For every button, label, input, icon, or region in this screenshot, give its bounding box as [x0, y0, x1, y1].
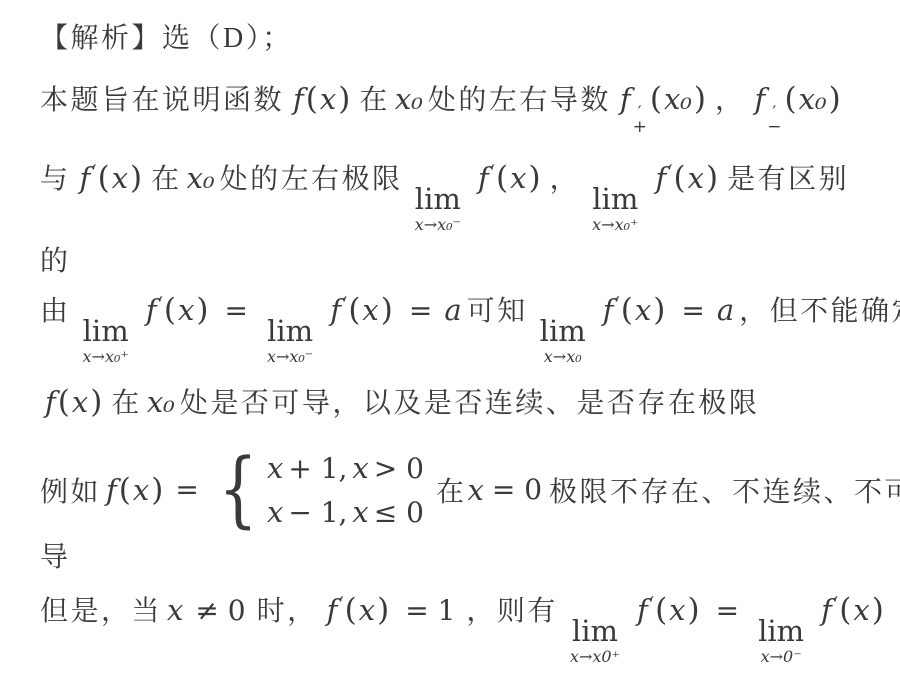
rparen: ) [653, 292, 665, 328]
prime-mark: ′ [650, 593, 654, 615]
line-answer: 【解析】选（D）； [40, 16, 880, 56]
line-7-piecewise: 例如 f(x) = { x+ 1,x> 0 x− 1,x≤ 0 在 x = 0 … [40, 451, 880, 529]
lim-word: lim [267, 317, 313, 346]
lim-word: lim [415, 185, 461, 214]
rparen: ) [688, 592, 700, 628]
math-f-of-x: f(x) [44, 384, 103, 420]
prime-mark: ′ [834, 593, 838, 615]
var-x: x [72, 385, 88, 419]
lim-subscript: x→x₀ [544, 349, 582, 365]
rparen: ) [529, 160, 541, 196]
rparen: ) [829, 81, 841, 117]
lim-word: lim [572, 617, 618, 646]
math-f-prime-x: f′(x) [79, 160, 144, 196]
var-f: f [620, 82, 631, 116]
prime-mark: ′ [491, 161, 495, 183]
var-x: x [853, 593, 869, 627]
equals: = [224, 294, 247, 327]
math-f-prime-plus-x0: f′+(x₀) [619, 81, 707, 135]
math-f-prime-x: f′(x) [326, 592, 391, 628]
cn-text: 例如 [40, 470, 101, 510]
lim-word: lim [758, 617, 804, 646]
var-a: a [717, 293, 734, 327]
lparen: ( [345, 592, 357, 628]
var-x: x [267, 451, 283, 485]
lparen: ( [119, 472, 131, 508]
solution-document: 【解析】选（D）； 本题旨在说明函数 f(x) 在 x₀ 处的左右导数 f′+(… [0, 0, 900, 665]
limit-x-to-x0-minus: limx→x₀⁻ [267, 317, 313, 365]
var-x0: x₀ [395, 82, 423, 116]
cn-text: 但是，当 [40, 596, 162, 627]
prime-minus-stack: ′− [767, 106, 781, 135]
minus-sub: − [767, 120, 781, 134]
rparen: ) [130, 160, 142, 196]
prime-mark: ′ [343, 293, 347, 315]
equals: = [175, 473, 198, 506]
cn-text: ，但不能确定 [739, 296, 900, 327]
var-f: f [821, 593, 832, 627]
limit-x-to-x0-plus: limx→x₀⁺ [592, 185, 638, 233]
line-2: 本题旨在说明函数 f(x) 在 x₀ 处的左右导数 f′+(x₀) ， f′−(… [40, 78, 880, 135]
math-f-prime-x: f′(x) [145, 292, 210, 328]
limit-x-to-x0-plus: limx→x₀⁺ [83, 317, 129, 365]
cn-text: 的 [40, 246, 71, 277]
rparen: ) [872, 592, 884, 628]
lim-subscript: x→x0⁺ [570, 649, 620, 665]
limit-x-to-0-minus: limx→0⁻ [758, 617, 804, 665]
var-f: f [106, 473, 117, 507]
rparen: ) [694, 81, 706, 117]
prime-plus-stack: ′+ [633, 106, 647, 135]
equals: = [681, 294, 704, 327]
equals-zero: = 0 [492, 473, 542, 506]
var-f: f [293, 82, 304, 116]
equals: = [716, 594, 739, 627]
cn-text: 由 [40, 296, 71, 327]
var-f: f [327, 593, 338, 627]
var-x: x [112, 161, 128, 195]
rparen: ) [151, 472, 163, 508]
var-x: x [669, 593, 685, 627]
prime-mark: ′ [615, 293, 619, 315]
cn-text: ，则有 [466, 596, 558, 627]
lparen: ( [58, 384, 70, 420]
minus-one-comma: − 1, [288, 496, 347, 529]
var-a: a [444, 293, 461, 327]
piecewise-brace: { [218, 451, 257, 529]
cn-text: 在 [359, 85, 390, 116]
var-x: x [467, 473, 483, 507]
math-f-prime-x: f′(x) [654, 160, 719, 196]
lim-word: lim [83, 317, 129, 346]
lparen: ( [674, 160, 686, 196]
var-x0: x₀ [147, 385, 175, 419]
prime-mark: ′ [339, 593, 343, 615]
math-f-prime-x: f′(x) [636, 592, 701, 628]
math-f-of-x: f(x) [105, 472, 164, 508]
lim-subscript: x→x₀⁺ [83, 349, 129, 365]
lparen: ( [98, 160, 110, 196]
var-f: f [146, 293, 157, 327]
var-x0: x₀ [187, 161, 215, 195]
case-nonpositive: x− 1,x≤ 0 [266, 495, 428, 529]
math-f-of-x: f(x) [292, 81, 351, 117]
lparen: ( [348, 292, 360, 328]
equals: = [409, 294, 432, 327]
lparen: ( [785, 81, 797, 117]
math-f-prime-x: f′(x) [820, 592, 885, 628]
rparen: ) [706, 160, 718, 196]
plus-one-comma: + 1, [288, 452, 347, 485]
rparen: ) [90, 384, 102, 420]
answer-text: 【解析】选（D）； [40, 23, 293, 54]
lim-word: lim [592, 185, 638, 214]
math-f-prime-minus-x0: f′−(x₀) [754, 81, 842, 135]
rparen: ) [196, 292, 208, 328]
var-x: x [510, 161, 526, 195]
greater-than-zero: > 0 [374, 452, 424, 485]
equals-one: = 1 [405, 594, 455, 627]
cn-text: 在 [436, 470, 467, 510]
math-f-prime-x: f′(x) [329, 292, 394, 328]
line-5: 由 limx→x₀⁺ f′(x) = limx→x₀⁻ f′(x) = a 可知… [40, 289, 880, 365]
var-x: x [359, 593, 375, 627]
limit-x-to-x0-plus-flat: limx→x0⁺ [570, 617, 620, 665]
var-f: f [330, 293, 341, 327]
prime-mark: ′ [159, 293, 163, 315]
prime-mark: ′ [668, 161, 672, 183]
var-x: x [352, 451, 368, 485]
lim-word: lim [540, 317, 586, 346]
prime-mark: ′ [92, 161, 96, 183]
line-9: 但是，当 x ≠ 0 时， f′(x) = 1 ，则有 limx→x0⁺ f′(… [40, 589, 880, 665]
lim-subscript: x→x₀⁺ [592, 217, 638, 233]
var-f: f [637, 593, 648, 627]
var-f: f [603, 293, 614, 327]
lparen: ( [650, 81, 662, 117]
limit-x-to-x0: limx→x₀ [540, 317, 586, 365]
cn-text: 处的左右导数 [428, 85, 611, 116]
var-f: f [45, 385, 56, 419]
var-x: x [320, 82, 336, 116]
cn-text: 处的左右极限 [220, 164, 403, 195]
var-f: f [478, 161, 489, 195]
plus-sub: + [633, 120, 647, 134]
cn-text: 极限不存在、不连续、不可 [549, 470, 900, 510]
var-x: x [267, 495, 283, 529]
line-4: 的 [40, 239, 880, 279]
comma: ， [715, 85, 746, 116]
var-f: f [655, 161, 666, 195]
math-f-prime-x: f′(x) [602, 292, 667, 328]
lim-subscript: x→x₀⁻ [267, 349, 313, 365]
not-equal-zero: ≠ 0 [195, 594, 245, 627]
lparen: ( [655, 592, 667, 628]
cn-text: 是有区别 [727, 164, 849, 195]
cn-text: 与 [40, 164, 71, 195]
cn-text: 可知 [467, 296, 528, 327]
var-x: x [133, 473, 149, 507]
lparen: ( [839, 592, 851, 628]
cn-text: 在 [111, 388, 142, 419]
lparen: ( [306, 81, 318, 117]
var-x0: x₀ [799, 82, 827, 116]
less-equal-zero: ≤ 0 [374, 496, 424, 529]
case-positive: x+ 1,x> 0 [266, 451, 428, 485]
cn-text: 处是否可导，以及是否连续、是否存在极限 [180, 388, 760, 419]
var-x: x [362, 293, 378, 327]
lparen: ( [621, 292, 633, 328]
rparen: ) [381, 292, 393, 328]
var-x0: x₀ [664, 82, 692, 116]
line-3: 与 f′(x) 在 x₀ 处的左右极限 limx→x₀⁻ f′(x) ， lim… [40, 157, 880, 233]
rparen: ) [338, 81, 350, 117]
cn-text: 本题旨在说明函数 [40, 85, 284, 116]
var-f: f [80, 161, 91, 195]
lim-subscript: x→x₀⁻ [415, 217, 461, 233]
lparen: ( [164, 292, 176, 328]
lim-subscript: x→0⁻ [761, 649, 802, 665]
cn-text: 时， [257, 596, 318, 627]
var-x: x [635, 293, 651, 327]
cn-text: 在 [151, 164, 182, 195]
line-6: f(x) 在 x₀ 处是否可导，以及是否连续、是否存在极限 [40, 381, 880, 421]
rparen: ) [377, 592, 389, 628]
math-f-prime-x: f′(x) [477, 160, 542, 196]
limit-x-to-x0-minus: limx→x₀⁻ [415, 185, 461, 233]
lparen: ( [496, 160, 508, 196]
var-f: f [755, 82, 766, 116]
piecewise-cases: x+ 1,x> 0 x− 1,x≤ 0 [266, 451, 428, 529]
var-x: x [688, 161, 704, 195]
comma: ， [550, 164, 581, 195]
var-x: x [178, 293, 194, 327]
cn-text: 导 [40, 542, 71, 573]
var-x: x [352, 495, 368, 529]
line-8: 导 [40, 535, 880, 575]
var-x: x [167, 593, 183, 627]
